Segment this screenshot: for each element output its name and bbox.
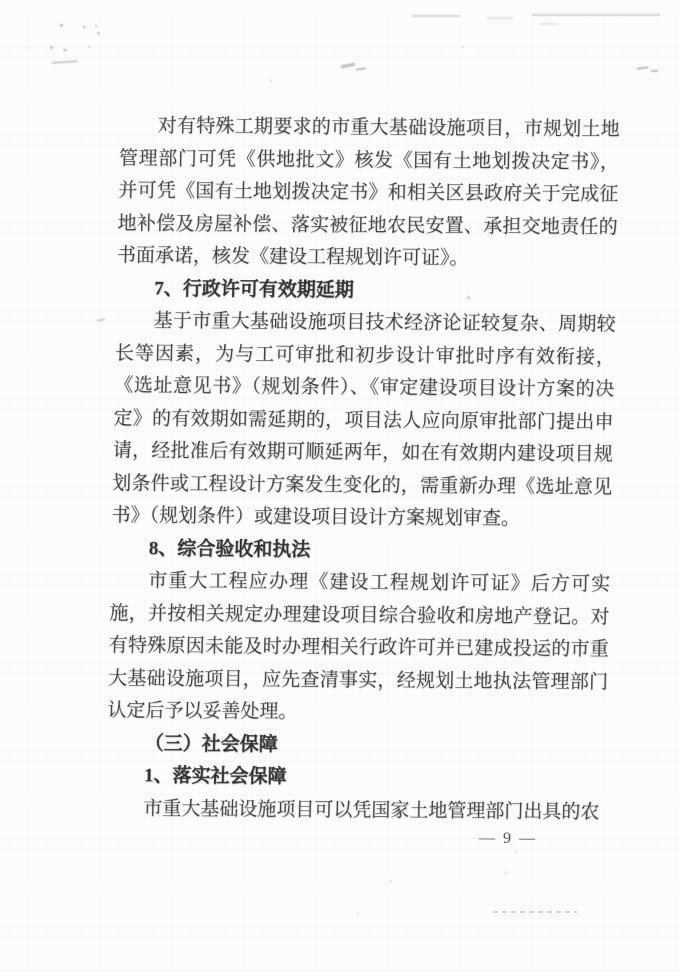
pencil-dash (651, 70, 658, 72)
paragraph-land-allocation: 对有特殊工期要求的市重大基础设施项目，市规划土地管理部门可凭《供地批文》核发《国… (117, 110, 620, 276)
scan-streak (487, 17, 513, 19)
scan-speck (462, 46, 464, 48)
document-body: 对有特殊工期要求的市重大基础设施项目，市规划土地管理部门可凭《供地批文》核发《国… (105, 110, 620, 829)
pencil-speck (50, 46, 53, 49)
section-heading-1-implement-social-security: 1、落实社会保障 (106, 760, 607, 796)
pencil-squiggle (52, 60, 78, 64)
section-heading-8-acceptance-enforcement: 8、综合验收和执法 (110, 533, 611, 569)
pencil-speck (83, 26, 86, 28)
scan-streak (532, 14, 660, 16)
pencil-dash (341, 63, 355, 68)
scan-speck (390, 880, 392, 882)
margin-tick (97, 318, 105, 321)
pencil-speck (97, 32, 100, 34)
paragraph-permit-extension: 基于市重大基础设施项目技术经济论证较复杂、周期较长等因素，为与工可审批和初步设计… (111, 305, 616, 536)
pencil-speck (88, 46, 90, 48)
section-heading-3-social-security: （三）社会保障 (106, 728, 607, 764)
page-number: — 9 — (452, 830, 564, 849)
pencil-dash (356, 67, 366, 70)
section-heading-7-permit-extension: 7、行政许可有效期延期 (116, 273, 617, 309)
scan-dotted-line (493, 911, 577, 913)
paragraph-acceptance-enforcement: 市重大工程应办理《建设工程规划许可证》后方可实施，并按相关规定办理建设项目综合验… (107, 565, 610, 731)
pencil-speck (270, 80, 272, 82)
scanned-document-page: 对有特殊工期要求的市重大基础设施项目，市规划土地管理部门可凭《供地批文》核发《国… (0, 0, 680, 972)
scan-streak (540, 23, 558, 25)
scan-streak (412, 15, 460, 17)
pencil-speck (63, 49, 67, 51)
scan-speck (505, 872, 507, 874)
pencil-speck (60, 24, 63, 27)
pencil-speck (95, 25, 97, 27)
paragraph-social-security-start: 市重大基础设施项目可以凭国家土地管理部门出具的农 (105, 793, 606, 829)
scan-speck (357, 912, 359, 914)
pencil-dash (637, 66, 648, 70)
pencil-speck (28, 47, 30, 49)
scan-speck (515, 851, 517, 853)
